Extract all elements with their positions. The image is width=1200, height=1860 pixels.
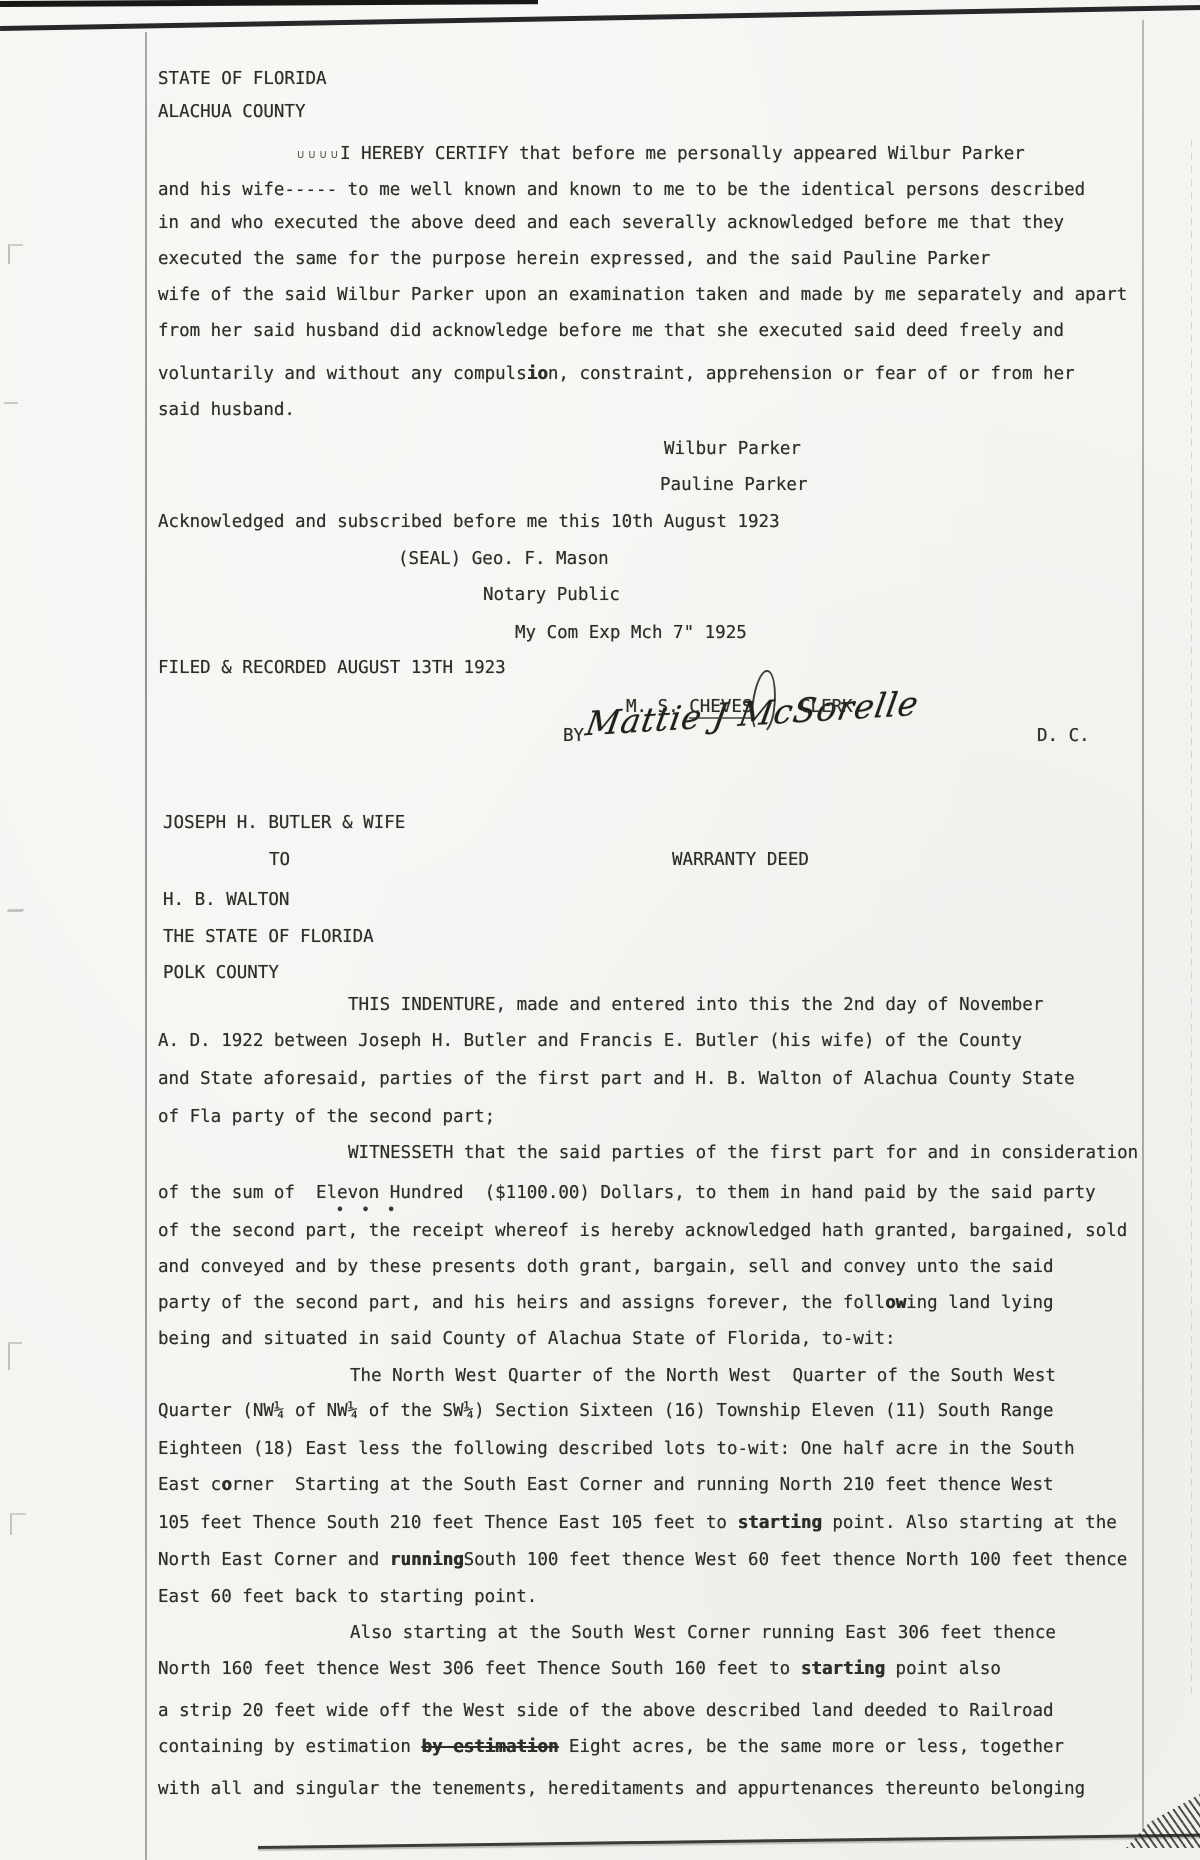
document-line-segment: rner Starting at the South East Corner a… bbox=[232, 1475, 1054, 1495]
document-line-segment: Acknowledged and subscribed before me th… bbox=[158, 512, 780, 532]
document-line: voluntarily and without any compulsion, … bbox=[158, 363, 1075, 385]
document-line: STATE OF FLORIDA bbox=[158, 68, 327, 90]
document-line: M. S. CHEVES bbox=[626, 696, 752, 718]
document-line-segment: running bbox=[390, 1550, 464, 1570]
document-line-segment: BY bbox=[563, 726, 584, 746]
document-line-segment: (SEAL) Geo. F. Mason bbox=[398, 549, 609, 569]
document-line-segment: WITNESSETH that the said parties of the … bbox=[348, 1143, 1138, 1163]
document-line-segment: North 160 feet thence West 306 feet Then… bbox=[158, 1659, 801, 1679]
document-line: JOSEPH H. BUTLER & WIFE bbox=[163, 812, 405, 834]
document-line-segment: point. Also starting at the bbox=[822, 1513, 1117, 1533]
right-margin-rule bbox=[1142, 20, 1144, 1832]
document-line-segment: o bbox=[221, 1475, 232, 1495]
document-line-segment: The North West Quarter of the North West… bbox=[350, 1366, 1056, 1386]
scan-artifact-dash bbox=[4, 402, 18, 404]
document-line-segment: with all and singular the tenements, her… bbox=[158, 1779, 1085, 1799]
document-line: POLK COUNTY bbox=[163, 962, 279, 984]
document-line-segment: H. B. WALTON bbox=[163, 890, 289, 910]
scanned-deed-page: ∪∪∪∪ • • • Mattie J McSorelle STATE OF F… bbox=[0, 0, 1200, 1860]
pen-check-marks: ∪∪∪∪ bbox=[297, 147, 342, 161]
document-line: North 160 feet thence West 306 feet Then… bbox=[158, 1658, 1001, 1680]
document-line-segment: East c bbox=[158, 1475, 221, 1495]
document-line: WARRANTY DEED bbox=[672, 849, 809, 871]
document-line: and conveyed and by these presents doth … bbox=[158, 1256, 1054, 1278]
document-line-segment: My Com Exp Mch 7" 1925 bbox=[515, 623, 747, 643]
document-line-segment: ALACHUA COUNTY bbox=[158, 102, 306, 122]
scan-top-edge-line-1 bbox=[0, 0, 538, 7]
document-line-segment: a strip 20 feet wide off the West side o… bbox=[158, 1701, 1054, 1721]
document-line: Pauline Parker bbox=[660, 474, 808, 496]
document-line: a strip 20 feet wide off the West side o… bbox=[158, 1700, 1054, 1722]
document-line: My Com Exp Mch 7" 1925 bbox=[515, 622, 747, 644]
bottom-right-ink-smudge bbox=[1126, 1794, 1200, 1848]
document-line-segment: ing land lying bbox=[906, 1293, 1054, 1313]
document-line-segment: and his wife----- to me well known and k… bbox=[158, 180, 1085, 200]
document-line-segment: CLERK bbox=[800, 697, 853, 717]
document-line-segment: POLK COUNTY bbox=[163, 963, 279, 983]
document-line-segment: of the sum of Elevon Hundred ($1100.00) … bbox=[158, 1183, 1096, 1203]
document-line-segment: M. S. bbox=[626, 697, 689, 717]
document-line: D. C. bbox=[1037, 725, 1090, 747]
document-line: from her said husband did acknowledge be… bbox=[158, 320, 1064, 342]
document-line-segment: starting bbox=[801, 1659, 885, 1679]
document-line: The North West Quarter of the North West… bbox=[350, 1365, 1056, 1387]
pen-dots-under-elevon: • • • bbox=[336, 1203, 400, 1218]
document-line-segment: East 60 feet back to starting point. bbox=[158, 1587, 537, 1607]
document-line-segment: io bbox=[527, 364, 548, 384]
document-line: and his wife----- to me well known and k… bbox=[158, 179, 1085, 201]
document-line-segment: Quarter (NW¼ of NW¼ of the SW¼) Section … bbox=[158, 1401, 1054, 1421]
document-line: and State aforesaid, parties of the firs… bbox=[158, 1068, 1075, 1090]
document-line: TO bbox=[269, 849, 290, 871]
document-line: THIS INDENTURE, made and entered into th… bbox=[348, 994, 1043, 1016]
document-line-segment: THIS INDENTURE, made and entered into th… bbox=[348, 995, 1043, 1015]
document-line-segment: I HEREBY CERTIFY that before me personal… bbox=[340, 144, 1025, 164]
document-line: containing by estimation by estimation E… bbox=[158, 1736, 1064, 1758]
document-line: FILED & RECORDED AUGUST 13TH 1923 bbox=[158, 657, 506, 679]
document-line: said husband. bbox=[158, 399, 295, 421]
document-line: in and who executed the above deed and e… bbox=[158, 212, 1064, 234]
document-line: ALACHUA COUNTY bbox=[158, 101, 306, 123]
document-line: I HEREBY CERTIFY that before me personal… bbox=[340, 143, 1025, 165]
document-line-segment: Eight acres, be the same more or less, t… bbox=[558, 1737, 1064, 1757]
document-line-segment: said husband. bbox=[158, 400, 295, 420]
document-line: Acknowledged and subscribed before me th… bbox=[158, 511, 780, 533]
document-line-segment: containing by estimation bbox=[158, 1737, 421, 1757]
document-line: BY bbox=[563, 725, 584, 747]
document-line-segment: Wilbur Parker bbox=[664, 439, 801, 459]
scan-bottom-edge-line bbox=[258, 1834, 1200, 1849]
document-line: of the second part, the receipt whereof … bbox=[158, 1220, 1127, 1242]
document-line-segment: starting bbox=[737, 1513, 821, 1533]
document-line: 105 feet Thence South 210 feet Thence Ea… bbox=[158, 1512, 1117, 1534]
left-margin-rule bbox=[145, 32, 147, 1860]
document-line: Also starting at the South West Corner r… bbox=[350, 1622, 1056, 1644]
document-line: North East Corner and runningSouth 100 f… bbox=[158, 1549, 1127, 1571]
document-line-segment: voluntarily and without any compuls bbox=[158, 364, 527, 384]
document-line-segment: ow bbox=[885, 1293, 906, 1313]
document-line-segment: n, constraint, apprehension or fear of o… bbox=[548, 364, 1075, 384]
document-line: with all and singular the tenements, her… bbox=[158, 1778, 1085, 1800]
document-line-segment: and State aforesaid, parties of the firs… bbox=[158, 1069, 1075, 1089]
document-line: of Fla party of the second part; bbox=[158, 1106, 495, 1128]
document-line-segment: executed the same for the purpose herein… bbox=[158, 249, 990, 269]
document-line: (SEAL) Geo. F. Mason bbox=[398, 548, 609, 570]
document-line-segment: TO bbox=[269, 850, 290, 870]
document-line-segment: of Fla party of the second part; bbox=[158, 1107, 495, 1127]
scan-artifact-bracket bbox=[8, 244, 23, 264]
document-line-segment: in and who executed the above deed and e… bbox=[158, 213, 1064, 233]
document-line-segment: point also bbox=[885, 1659, 1001, 1679]
document-line: being and situated in said County of Ala… bbox=[158, 1328, 896, 1350]
document-line-segment: CHEVES bbox=[689, 697, 752, 717]
document-line-segment: WARRANTY DEED bbox=[672, 850, 809, 870]
document-line-segment: Pauline Parker bbox=[660, 475, 808, 495]
scan-artifact-bracket bbox=[10, 1513, 26, 1535]
scan-top-edge-line-2 bbox=[0, 5, 1200, 31]
document-line-segment: of the second part, the receipt whereof … bbox=[158, 1221, 1127, 1241]
document-line: WITNESSETH that the said parties of the … bbox=[348, 1142, 1138, 1164]
document-line-segment: D. C. bbox=[1037, 726, 1090, 746]
document-line-segment: party of the second part, and his heirs … bbox=[158, 1293, 885, 1313]
document-line: Notary Public bbox=[483, 584, 620, 606]
document-line-segment: by estimation bbox=[421, 1737, 558, 1757]
document-line-segment: A. D. 1922 between Joseph H. Butler and … bbox=[158, 1031, 1022, 1051]
scan-artifact-dash bbox=[7, 909, 24, 912]
document-line-segment: Eighteen (18) East less the following de… bbox=[158, 1439, 1075, 1459]
scan-artifact-bracket bbox=[8, 1342, 22, 1370]
document-line: executed the same for the purpose herein… bbox=[158, 248, 990, 270]
document-line-segment: being and situated in said County of Ala… bbox=[158, 1329, 896, 1349]
document-line: East corner Starting at the South East C… bbox=[158, 1474, 1054, 1496]
document-line: Eighteen (18) East less the following de… bbox=[158, 1438, 1075, 1460]
document-line-segment: and conveyed and by these presents doth … bbox=[158, 1257, 1054, 1277]
document-line: wife of the said Wilbur Parker upon an e… bbox=[158, 284, 1127, 306]
document-line-segment: JOSEPH H. BUTLER & WIFE bbox=[163, 813, 405, 833]
document-line-segment: from her said husband did acknowledge be… bbox=[158, 321, 1064, 341]
document-line-segment: STATE OF FLORIDA bbox=[158, 69, 327, 89]
document-line: CLERK bbox=[800, 696, 853, 718]
document-line: H. B. WALTON bbox=[163, 889, 289, 911]
document-line-segment: wife of the said Wilbur Parker upon an e… bbox=[158, 285, 1127, 305]
document-line: East 60 feet back to starting point. bbox=[158, 1586, 537, 1608]
document-line-segment: 105 feet Thence South 210 feet Thence Ea… bbox=[158, 1513, 737, 1533]
document-line: Quarter (NW¼ of NW¼ of the SW¼) Section … bbox=[158, 1400, 1054, 1422]
document-line-segment: THE STATE OF FLORIDA bbox=[163, 927, 374, 947]
right-edge-faint-rule bbox=[1191, 140, 1192, 1700]
document-line: A. D. 1922 between Joseph H. Butler and … bbox=[158, 1030, 1022, 1052]
document-line-segment: North East Corner and bbox=[158, 1550, 390, 1570]
document-line: party of the second part, and his heirs … bbox=[158, 1292, 1054, 1314]
document-line: of the sum of Elevon Hundred ($1100.00) … bbox=[158, 1182, 1096, 1204]
document-line-segment: South 100 feet thence West 60 feet thenc… bbox=[464, 1550, 1128, 1570]
document-line: Wilbur Parker bbox=[664, 438, 801, 460]
document-line-segment: Notary Public bbox=[483, 585, 620, 605]
document-line-segment: FILED & RECORDED AUGUST 13TH 1923 bbox=[158, 658, 506, 678]
document-line-segment: Also starting at the South West Corner r… bbox=[350, 1623, 1056, 1643]
document-line: THE STATE OF FLORIDA bbox=[163, 926, 374, 948]
